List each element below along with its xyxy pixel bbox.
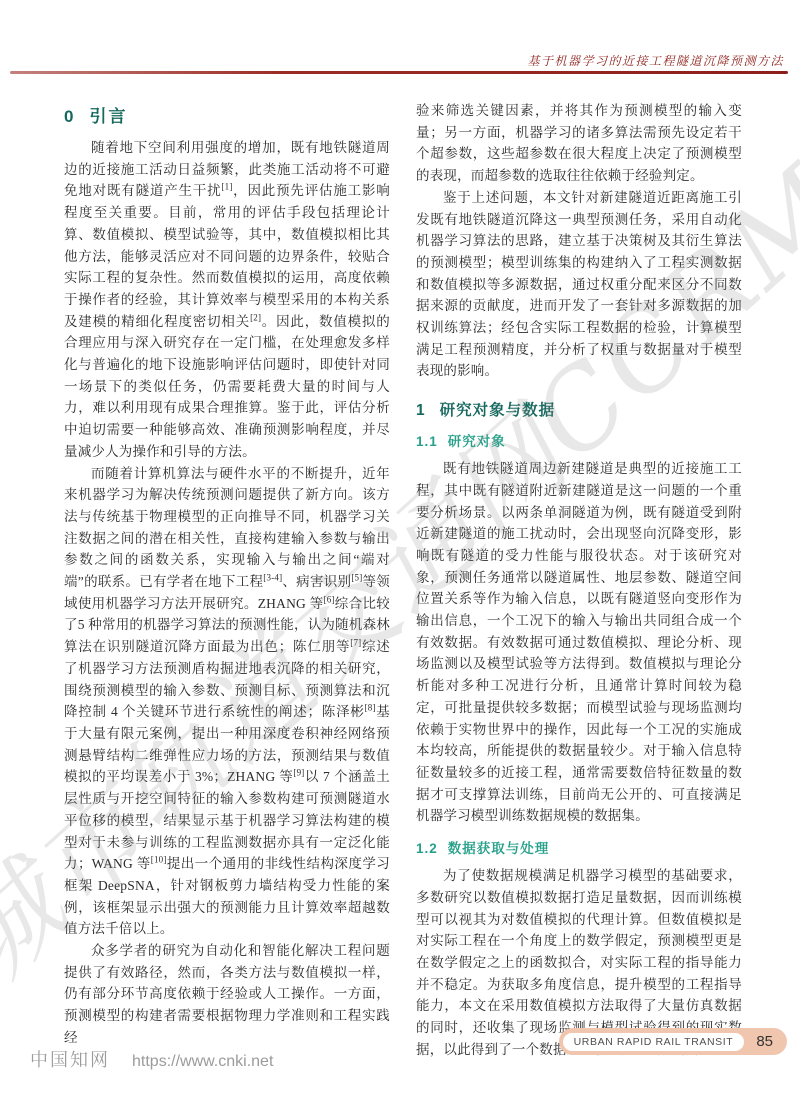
subsection-number: 1.1 xyxy=(416,434,438,449)
subsection-heading-1-1: 1.1研究对象 xyxy=(416,430,742,450)
paragraph: 验来筛选关键因素，并将其作为预测模型的输入变量；另一方面，机器学习的诸多算法需预… xyxy=(416,100,742,187)
paragraph: 随着地下空间利用强度的增加，既有地铁隧道周边的近接施工活动日益频繁，此类施工活动… xyxy=(64,137,390,463)
section-number: 0 xyxy=(64,107,75,126)
subsection-title: 研究对象 xyxy=(448,434,506,449)
section-title: 研究对象与数据 xyxy=(440,402,556,419)
cnki-url: https://www.cnki.net xyxy=(132,1053,273,1071)
cnki-footer: 中国知网 https://www.cnki.net xyxy=(30,1046,273,1072)
section-heading-1: 1研究对象与数据 xyxy=(416,398,742,420)
page-content: 0引言 随着地下空间利用强度的增加，既有地铁隧道周边的近接施工活动日益频繁，此类… xyxy=(64,100,742,1060)
paragraph: 既有地铁隧道周边新建隧道是典型的近接施工工程，其中既有隧道附近新建隧道是这一问题… xyxy=(416,458,742,827)
section-heading-intro: 0引言 xyxy=(64,102,390,127)
section-number: 1 xyxy=(416,402,426,419)
header-rule xyxy=(10,71,788,74)
page-number: 85 xyxy=(744,1033,787,1050)
journal-name-en: URBAN RAPID RAIL TRANSIT xyxy=(563,1033,745,1051)
running-head-title: 基于机器学习的近接工程隧道沉降预测方法 xyxy=(527,52,784,69)
subsection-title: 数据获取与处理 xyxy=(448,841,550,856)
subsection-heading-1-2: 1.2数据获取与处理 xyxy=(416,837,742,857)
paragraph: 鉴于上述问题，本文针对新建隧道近距离施工引发既有地铁隧道沉降这一典型预测任务，采… xyxy=(416,187,742,382)
paragraph: 众多学者的研究为自动化和智能化解决工程问题提供了有效路径，然而，各类方法与数值模… xyxy=(64,940,390,1049)
journal-footer-badge: URBAN RAPID RAIL TRANSIT 85 xyxy=(559,1028,787,1055)
subsection-number: 1.2 xyxy=(416,841,438,856)
column-right: 验来筛选关键因素，并将其作为预测模型的输入变量；另一方面，机器学习的诸多算法需预… xyxy=(416,100,742,1060)
section-title: 引言 xyxy=(89,107,127,126)
paper-page: 基于机器学习的近接工程隧道沉降预测方法 城市轨道交通网CCRM 0引言 随着地下… xyxy=(0,0,800,1095)
paragraph: 而随着计算机算法与硬件水平的不断提升，近年来机器学习为解决传统预测问题提供了新方… xyxy=(64,463,390,940)
cnki-logo: 中国知网 xyxy=(30,1046,110,1072)
column-left: 0引言 随着地下空间利用强度的增加，既有地铁隧道周边的近接施工活动日益频繁，此类… xyxy=(64,100,390,1060)
